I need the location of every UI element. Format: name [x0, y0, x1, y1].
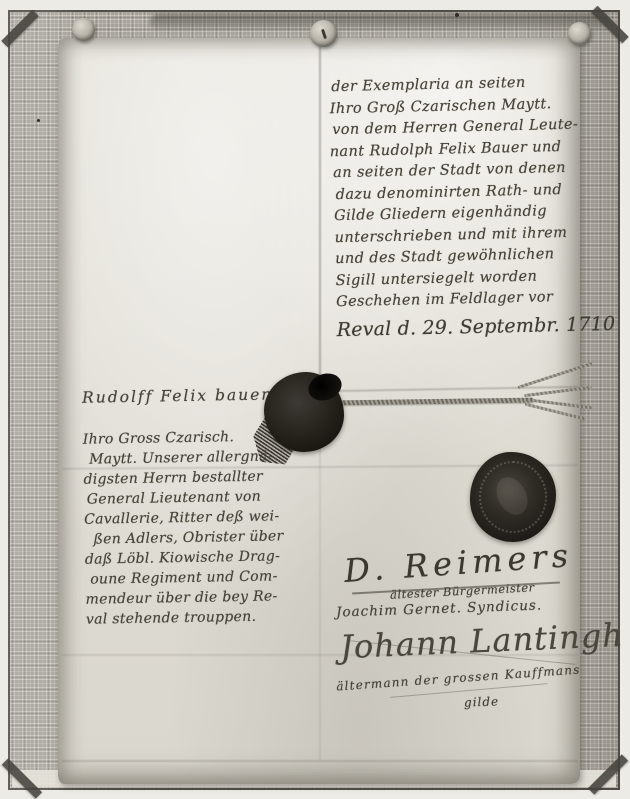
left-text-column: Rudolff Felix bauer Ihro Gross Czarisch.… [82, 384, 285, 629]
wax-seal-with-tassel [264, 372, 344, 452]
right-text-column: der Exemplaria an seiten Ihro Groß Czari… [331, 71, 615, 343]
thumbtack-top-right [568, 22, 591, 45]
signature-lantingh-title: gilde [464, 694, 500, 709]
center-fold-line-lower [318, 420, 322, 760]
burlap-shadow-band [150, 14, 610, 30]
dust-speck [37, 119, 40, 122]
round-wax-seal [470, 452, 556, 542]
dust-speck [455, 13, 459, 17]
manuscript-line: Rudolff Felix bauer [82, 384, 281, 407]
manuscript-line: val stehende trouppen. [86, 606, 285, 629]
thumbtack-top-center [310, 20, 337, 47]
center-fold-line [318, 40, 322, 422]
archival-photograph: der Exemplaria an seiten Ihro Groß Czari… [0, 0, 630, 799]
thumbtack-top-left [72, 18, 95, 41]
crease-line [62, 760, 578, 762]
